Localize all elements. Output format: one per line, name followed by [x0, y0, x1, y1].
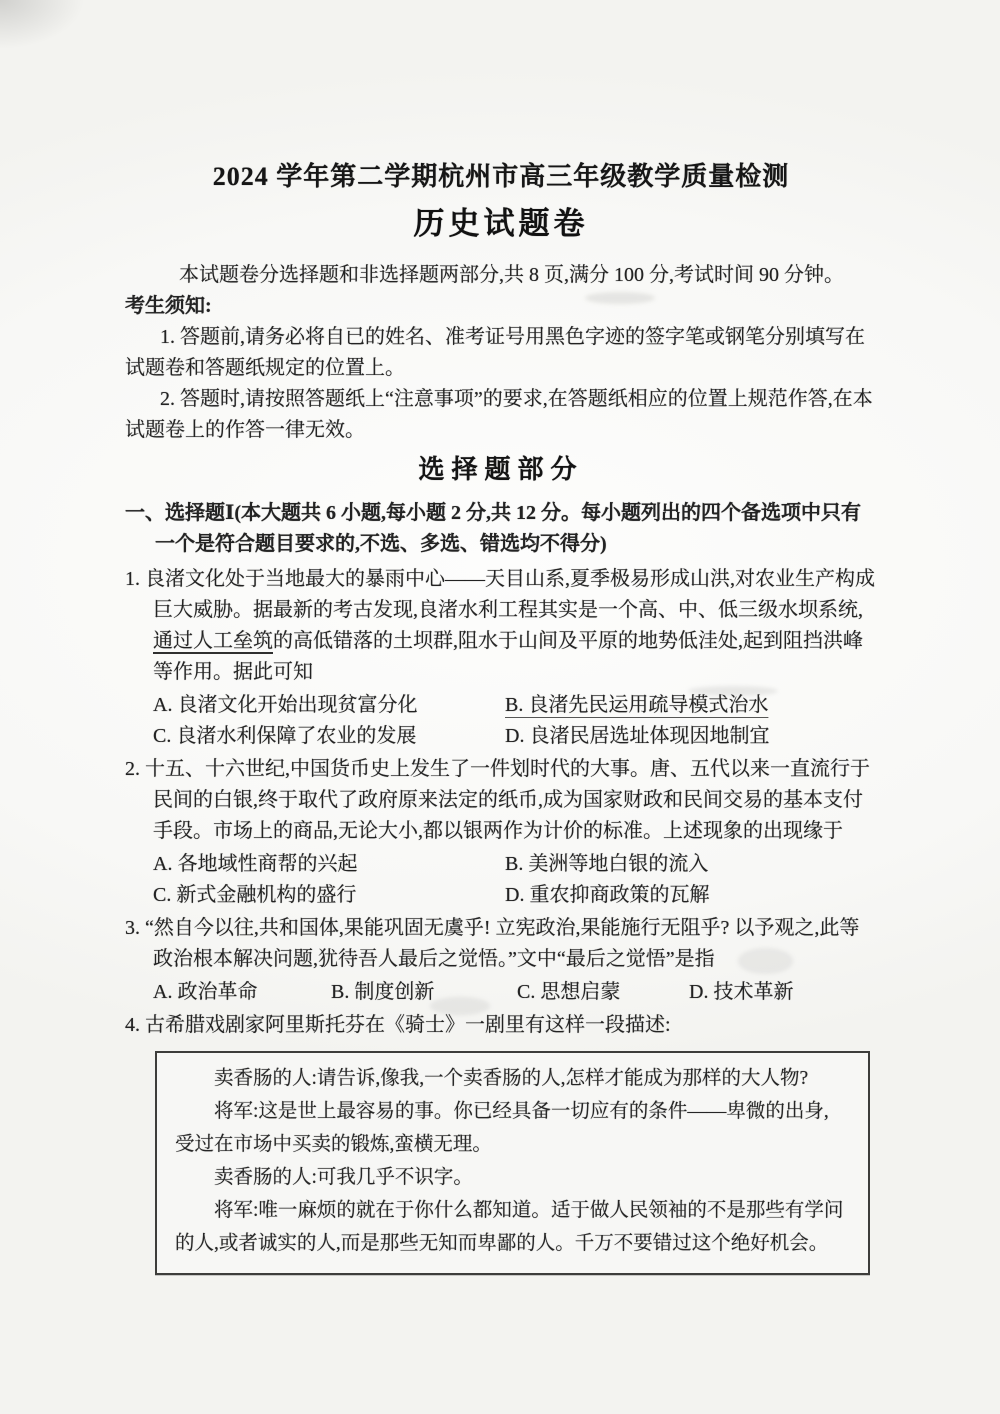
- question-2-options: A. 各地域性商帮的兴起 B. 美洲等地白银的流入 C. 新式金融机构的盛行 D…: [153, 849, 877, 911]
- question-3-text: “然自今以往,共和国体,果能巩固无虞乎! 立宪政治,果能施行无阻乎? 以予观之,…: [145, 917, 859, 970]
- notice-item-2: 2. 答题时,请按照答题纸上“注意事项”的要求,在答题纸相应的位置上规范作答,在…: [125, 384, 877, 446]
- question-2-option-a: A. 各地域性商帮的兴起: [153, 849, 505, 880]
- question-1-option-a: A. 良渚文化开始出现贫富分化: [153, 690, 505, 721]
- section-heading: 选择题部分: [125, 452, 877, 488]
- exam-info: 本试题卷分选择题和非选择题两部分,共 8 页,满分 100 分,考试时间 90 …: [125, 260, 877, 291]
- question-3-number: 3.: [125, 917, 140, 939]
- question-1-option-b: B. 良渚先民运用疏导模式治水: [505, 690, 877, 721]
- question-2-option-b: B. 美洲等地白银的流入: [505, 849, 877, 880]
- question-3-option-c: C. 思想启蒙: [517, 977, 689, 1008]
- dialogue-excerpt-box: 卖香肠的人:请告诉,像我,一个卖香肠的人,怎样才能成为那样的大人物? 将军:这是…: [155, 1051, 870, 1275]
- question-4-number: 4.: [125, 1014, 140, 1036]
- question-1: 1. 良渚文化处于当地最大的暴雨中心——天目山系,夏季极易形成山洪,对农业生产构…: [125, 564, 877, 688]
- question-1-options: A. 良渚文化开始出现贫富分化 B. 良渚先民运用疏导模式治水 C. 良渚水利保…: [153, 690, 877, 752]
- question-4-text: 古希腊戏剧家阿里斯托芬在《骑士》一剧里有这样一段描述:: [145, 1014, 671, 1036]
- question-1-underlined-text: 通过人工垒筑: [153, 630, 273, 652]
- question-3-option-a: A. 政治革命: [153, 977, 331, 1008]
- dialogue-line-4: 将军:唯一麻烦的就在于你什么都知道。适于做人民领袖的不是那些有学问的人,或者诚实…: [175, 1194, 846, 1260]
- dialogue-line-2: 将军:这是世上最容易的事。你已经具备一切应有的条件——卑微的出身,受过在市场中买…: [175, 1095, 846, 1161]
- dialogue-line-3: 卖香肠的人:可我几乎不识字。: [175, 1161, 846, 1194]
- question-3-option-b: B. 制度创新: [331, 977, 517, 1008]
- question-3-options: A. 政治革命 B. 制度创新 C. 思想启蒙 D. 技术革新: [153, 977, 877, 1008]
- question-3: 3. “然自今以往,共和国体,果能巩固无虞乎! 立宪政治,果能施行无阻乎? 以予…: [125, 913, 877, 975]
- page-content: 2024 学年第二学期杭州市高三年级教学质量检测 历史试题卷 本试题卷分选择题和…: [125, 160, 877, 1275]
- question-1-text: 良渚文化处于当地最大的暴雨中心——天目山系,夏季极易形成山洪,对农业生产构成巨大…: [145, 568, 875, 621]
- question-4: 4. 古希腊戏剧家阿里斯托芬在《骑士》一剧里有这样一段描述:: [125, 1010, 877, 1041]
- question-2: 2. 十五、十六世纪,中国货币史上发生了一件划时代的大事。唐、五代以来一直流行于…: [125, 754, 877, 847]
- dialogue-line-1: 卖香肠的人:请告诉,像我,一个卖香肠的人,怎样才能成为那样的大人物?: [175, 1062, 846, 1095]
- question-1-option-d: D. 良渚民居选址体现因地制宜: [505, 721, 877, 752]
- section-intro: 一、选择题Ⅰ(本大题共 6 小题,每小题 2 分,共 12 分。每小题列出的四个…: [125, 498, 877, 560]
- question-2-text: 十五、十六世纪,中国货币史上发生了一件划时代的大事。唐、五代以来一直流行于民间的…: [145, 758, 870, 842]
- question-1-option-c: C. 良渚水利保障了农业的发展: [153, 721, 505, 752]
- exam-title: 2024 学年第二学期杭州市高三年级教学质量检测: [125, 160, 877, 194]
- notice-item-1: 1. 答题前,请务必将自已的姓名、准考证号用黑色字迹的签字笔或钢笔分别填写在试题…: [125, 322, 877, 384]
- question-2-number: 2.: [125, 758, 140, 780]
- subject-title: 历史试题卷: [125, 204, 877, 244]
- exam-paper-scan: 2024 学年第二学期杭州市高三年级教学质量检测 历史试题卷 本试题卷分选择题和…: [0, 0, 1000, 1414]
- question-3-option-d: D. 技术革新: [689, 977, 877, 1008]
- question-2-option-c: C. 新式金融机构的盛行: [153, 880, 505, 911]
- question-1-number: 1.: [125, 568, 140, 590]
- question-2-option-d: D. 重农抑商政策的瓦解: [505, 880, 877, 911]
- notice-heading: 考生须知:: [125, 291, 877, 322]
